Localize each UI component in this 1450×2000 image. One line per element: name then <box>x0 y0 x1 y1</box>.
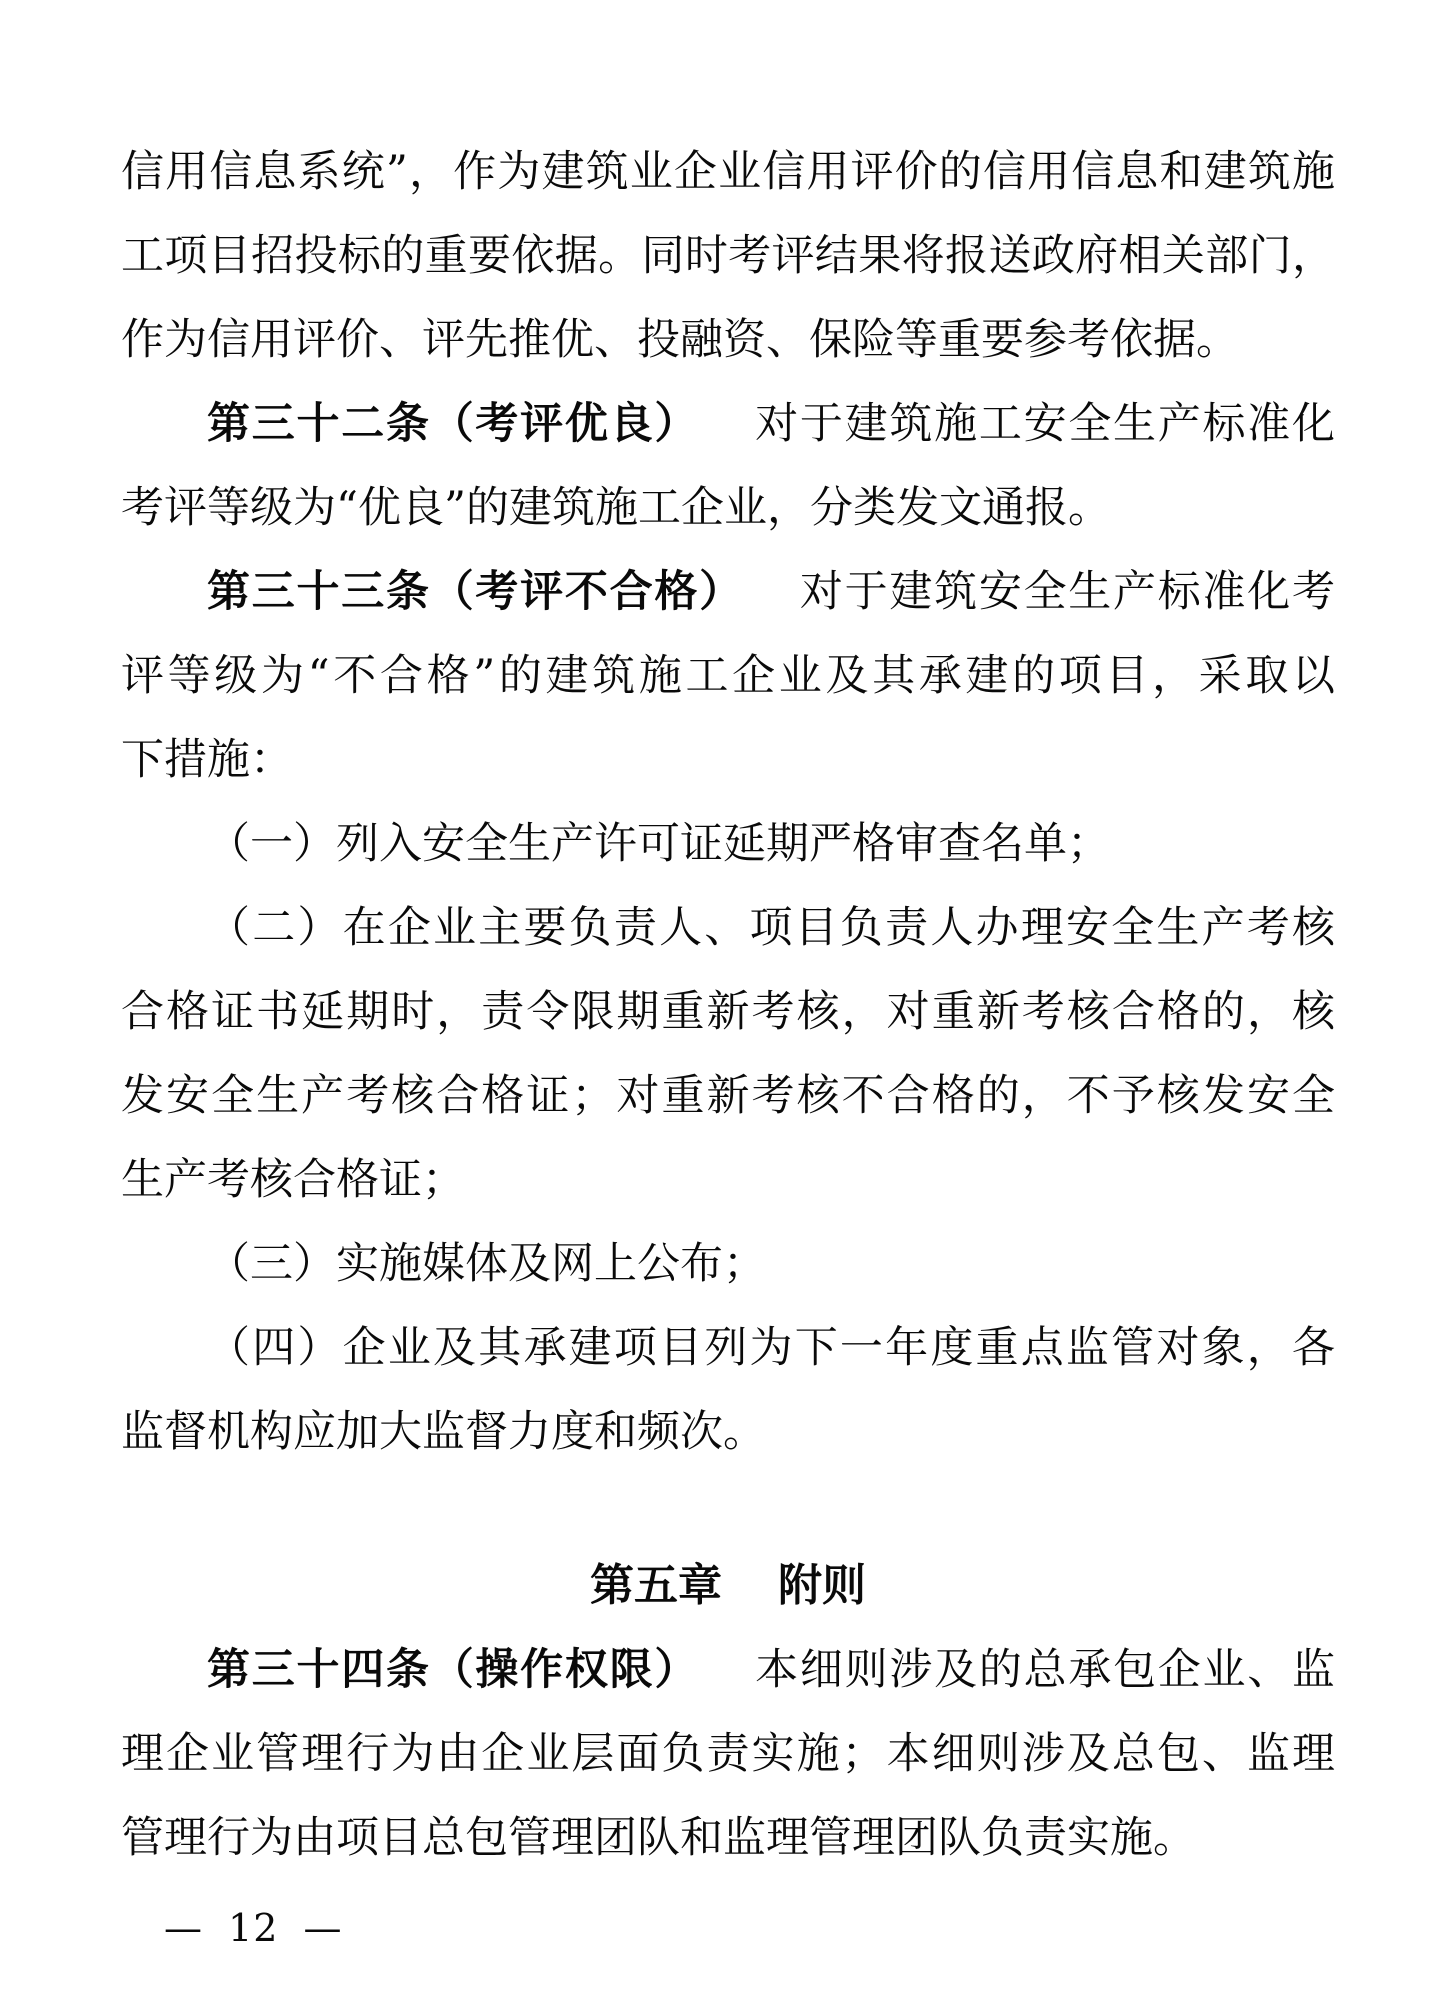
text-line: 信用信息系统”，作为建筑业企业信用评价的信用信息和建筑施 <box>121 130 1335 214</box>
text-line: 生产考核合格证； <box>121 1138 1335 1222</box>
text-line: 评等级为“不合格”的建筑施工企业及其承建的项目，采取以 <box>121 634 1335 718</box>
page-footer: — 12 — <box>164 1905 343 1951</box>
text-line: 工项目招投标的重要依据。同时考评结果将报送政府相关部门， <box>121 214 1335 298</box>
line-text: 监督机构应加大监督力度和频次。 <box>121 1407 766 1457</box>
line-text: 评等级为“不合格”的建筑施工企业及其承建的项目，采取以 <box>121 651 1335 701</box>
line-text: 管理行为由项目总包管理团队和监理管理团队负责实施。 <box>121 1813 1196 1863</box>
list-item-4: （四）企业及其承建项目列为下一年度重点监管对象，各 <box>121 1306 1335 1390</box>
line-text: 本细则涉及的总承包企业、监 <box>755 1645 1335 1695</box>
line-text: （二）在企业主要负责人、项目负责人办理安全生产考核 <box>207 903 1335 953</box>
text-line: 考评等级为“优良”的建筑施工企业，分类发文通报。 <box>121 466 1335 550</box>
line-text: 对于建筑安全生产标准化考 <box>800 567 1335 617</box>
text-line: 理企业管理行为由企业层面负责实施；本细则涉及总包、监理 <box>121 1712 1335 1796</box>
line-text: 对于建筑施工安全生产标准化 <box>755 399 1335 449</box>
line-text: 生产考核合格证； <box>121 1155 465 1205</box>
article-33-term: 第三十三条（考评不合格） <box>207 567 744 617</box>
article-34-term: 第三十四条（操作权限） <box>207 1645 699 1695</box>
line-text: （三）实施媒体及网上公布； <box>207 1239 766 1289</box>
line-text: 发安全生产考核合格证；对重新考核不合格的，不予核发安全 <box>121 1071 1335 1121</box>
text-line: 监督机构应加大监督力度和频次。 <box>121 1390 1335 1474</box>
chapter-number: 第五章 <box>590 1560 722 1611</box>
article-34-line: 第三十四条（操作权限）本细则涉及的总承包企业、监 <box>121 1628 1335 1712</box>
chapter-heading: 第五章附则 <box>121 1544 1335 1628</box>
line-text: 合格证书延期时，责令限期重新考核，对重新考核合格的，核 <box>121 987 1335 1037</box>
article-32-line: 第三十二条（考评优良）对于建筑施工安全生产标准化 <box>121 382 1335 466</box>
line-text: 下措施： <box>121 735 293 785</box>
line-text: 信用信息系统”，作为建筑业企业信用评价的信用信息和建筑施 <box>121 147 1335 197</box>
list-item-2: （二）在企业主要负责人、项目负责人办理安全生产考核 <box>121 886 1335 970</box>
line-text: 理企业管理行为由企业层面负责实施；本细则涉及总包、监理 <box>121 1729 1335 1779</box>
article-33-line: 第三十三条（考评不合格）对于建筑安全生产标准化考 <box>121 550 1335 634</box>
list-item-3: （三）实施媒体及网上公布； <box>121 1222 1335 1306</box>
list-item-1: （一）列入安全生产许可证延期严格审查名单； <box>121 802 1335 886</box>
chapter-title: 附则 <box>778 1560 866 1611</box>
article-32-term: 第三十二条（考评优良） <box>207 399 699 449</box>
page-number: — 12 — <box>164 1906 343 1950</box>
text-line: 合格证书延期时，责令限期重新考核，对重新考核合格的，核 <box>121 970 1335 1054</box>
line-text: 考评等级为“优良”的建筑施工企业，分类发文通报。 <box>121 483 1111 533</box>
line-text: 工项目招投标的重要依据。同时考评结果将报送政府相关部门， <box>121 231 1335 281</box>
line-text: （一）列入安全生产许可证延期严格审查名单； <box>207 819 1110 869</box>
text-line: 管理行为由项目总包管理团队和监理管理团队负责实施。 <box>121 1796 1335 1880</box>
line-text: （四）企业及其承建项目列为下一年度重点监管对象，各 <box>207 1323 1335 1373</box>
text-line: 下措施： <box>121 718 1335 802</box>
line-text: 作为信用评价、评先推优、投融资、保险等重要参考依据。 <box>121 315 1239 365</box>
text-line: 作为信用评价、评先推优、投融资、保险等重要参考依据。 <box>121 298 1335 382</box>
document-page: 信用信息系统”，作为建筑业企业信用评价的信用信息和建筑施 工项目招投标的重要依据… <box>0 0 1450 2000</box>
text-line: 发安全生产考核合格证；对重新考核不合格的，不予核发安全 <box>121 1054 1335 1138</box>
